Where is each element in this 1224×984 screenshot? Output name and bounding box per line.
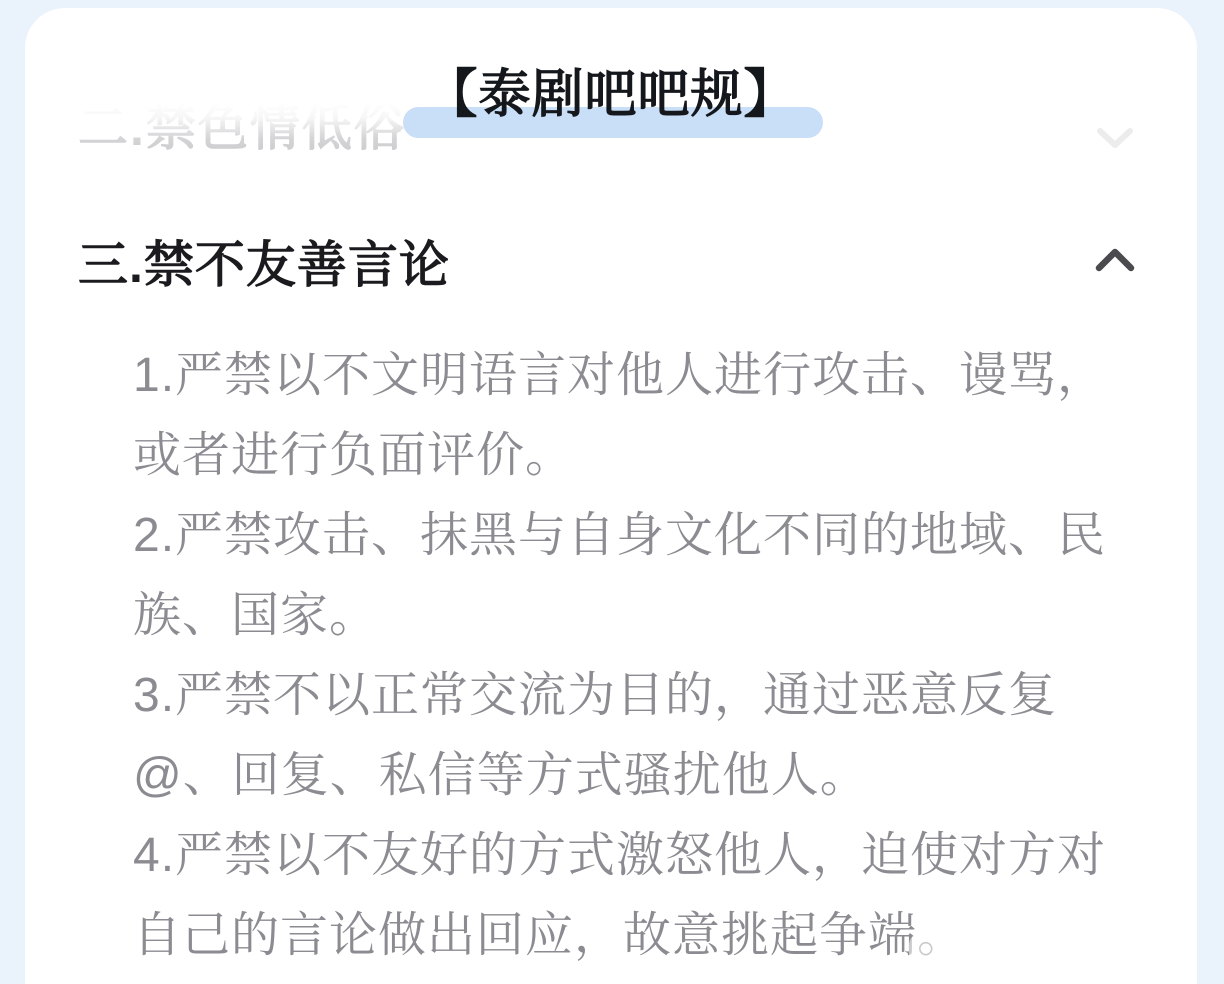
rule-line: @、回复、私信等方式骚扰他人。 xyxy=(133,736,1193,816)
chevron-up-icon[interactable] xyxy=(1091,244,1139,276)
chevron-down-icon[interactable] xyxy=(1093,124,1137,152)
rule-line: 1.严禁以不文明语言对他人进行攻击、谩骂， xyxy=(133,336,1193,416)
rules-card: 二.禁色情低俗 【泰剧吧吧规】 三.禁不友善言论 1.严禁以不文明语言对他人进行… xyxy=(25,8,1197,984)
rule-line: 自己的言论做出回应，故意挑起争端。 xyxy=(133,896,1193,976)
rule-line: 4.严禁以不友好的方式激怒他人，迫使对方对 xyxy=(133,816,1193,896)
section-header-unfriendly-speech[interactable]: 三.禁不友善言论 xyxy=(78,236,1148,294)
rule-line: 族、国家。 xyxy=(133,576,1193,656)
app-background: { "page": { "title": "【泰剧吧吧规】" }, "color… xyxy=(0,0,1224,984)
page-title: 【泰剧吧吧规】 xyxy=(25,52,1197,127)
rule-line: 3.严禁不以正常交流为目的，通过恶意反复 xyxy=(133,656,1193,736)
rules-list: 1.严禁以不文明语言对他人进行攻击、谩骂，或者进行负面评价。2.严禁攻击、抹黑与… xyxy=(133,336,1193,976)
rule-line: 或者进行负面评价。 xyxy=(133,416,1193,496)
rule-line: 2.严禁攻击、抹黑与自身文化不同的地域、民 xyxy=(133,496,1193,576)
